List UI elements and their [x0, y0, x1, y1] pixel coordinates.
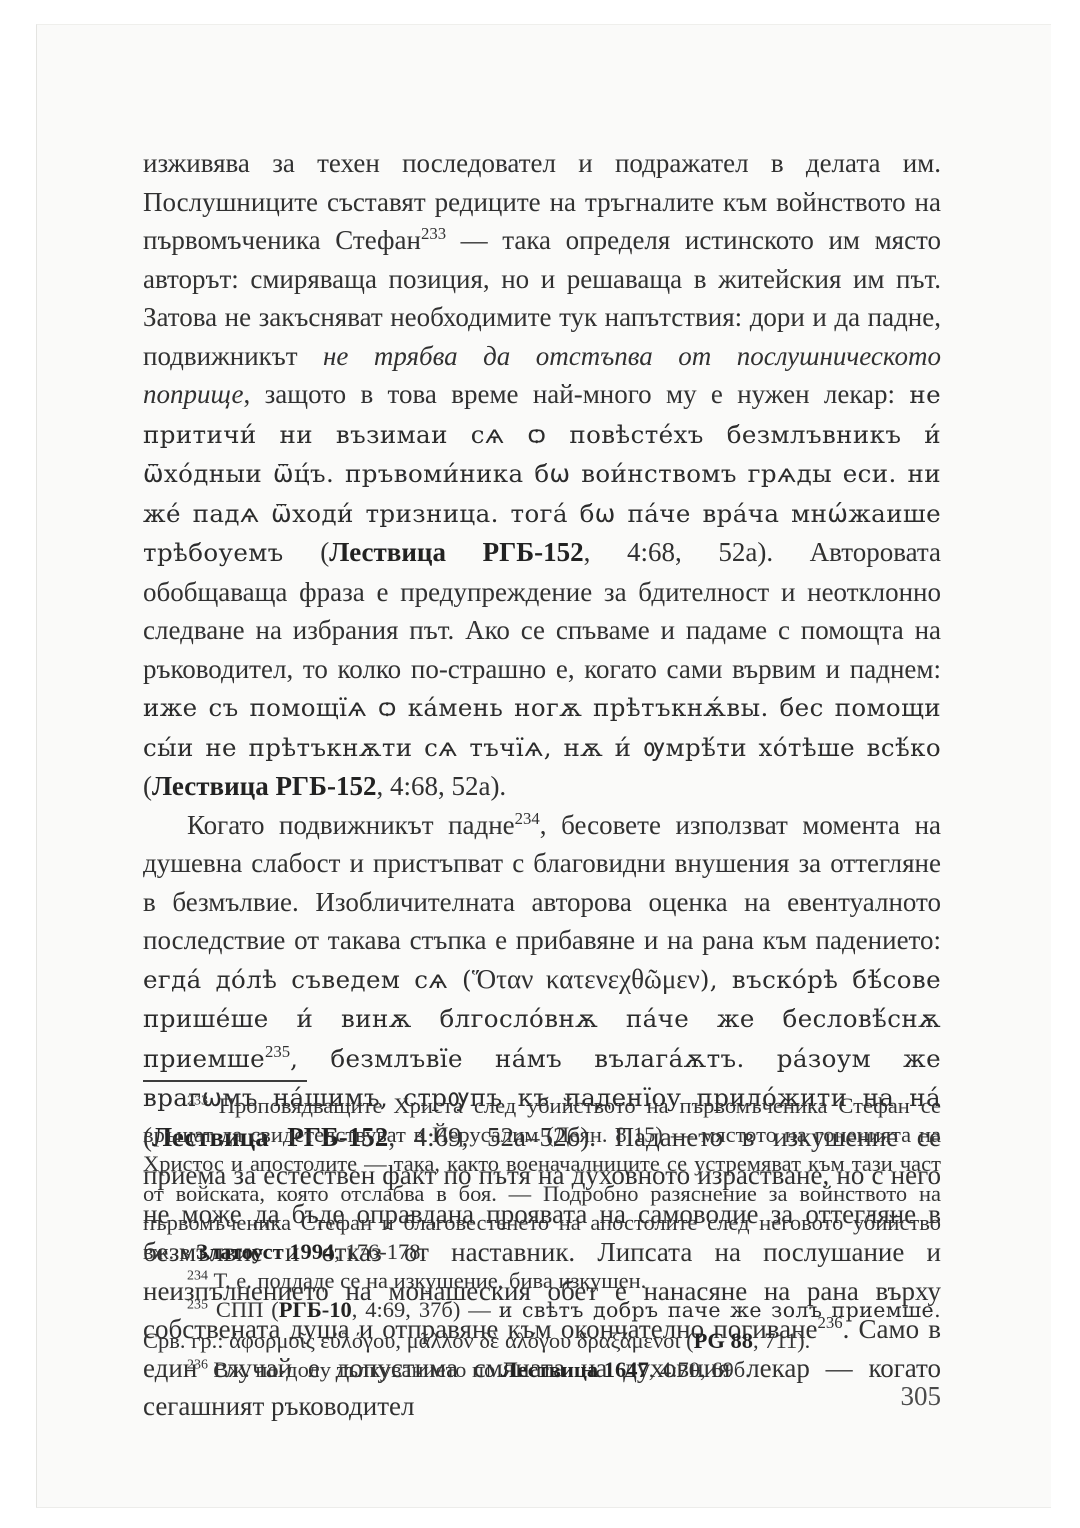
text-run: , 4:68, 52а).: [376, 771, 506, 801]
text-run: (: [143, 771, 152, 801]
footnotes-block: 233 Проповядващите Христа след убийствот…: [143, 1091, 941, 1384]
footnote-ref: 235: [265, 1042, 290, 1061]
footnote-marker: 235: [187, 1298, 208, 1313]
text-run: Т. е. поддаде се на изкушение, бива изку…: [208, 1268, 646, 1293]
footnote-marker: 236: [187, 1357, 208, 1372]
footnote-separator: [143, 1080, 307, 1082]
text-run: Ὅταν κατενεχθῶμεν: [472, 964, 700, 994]
footnote-marker: 233: [187, 1094, 208, 1109]
text-run: , 711).: [753, 1328, 810, 1353]
bold-citation: РГБ-10: [279, 1297, 352, 1322]
text-run: , 4:69, 37б) —: [352, 1297, 499, 1322]
footnote: 233 Проповядващите Христа след убийствот…: [143, 1091, 941, 1266]
church-slavonic-quote: иже съ помощїѧ ѻ ка́мень ногѫ прѣтъкнѫ́в…: [143, 693, 941, 762]
text-run: , 4:70, 69б.: [649, 1357, 751, 1382]
footnote-ref: 234: [515, 809, 540, 828]
bold-citation: Златоуст 1994: [196, 1239, 334, 1264]
text-run: Когато подвижникът падне: [187, 810, 515, 840]
bold-citation: Лествица 1647: [501, 1357, 649, 1382]
bold-citation: Лествица РГБ-152: [152, 771, 376, 801]
text-run: СПП (: [208, 1297, 279, 1322]
church-slavonic-quote: егда́ до́лѣ съведем сѧ (: [143, 965, 472, 994]
footnote: 236 Вж. по-долу тълкуванието по Лествица…: [143, 1355, 941, 1384]
text-run: , защото в това време най-много му е нуж…: [244, 379, 910, 409]
text-run: , 176-178.: [334, 1239, 426, 1264]
scanned-book-page: изживява за техен последовател и подража…: [0, 0, 1080, 1528]
footnote: 234 Т. е. поддаде се на изкушение, бива …: [143, 1266, 941, 1295]
bold-citation: Лествица РГБ-152: [329, 537, 583, 567]
church-slavonic-quote: и свѣтъ добръ паче же золъ приемше.: [499, 1298, 941, 1322]
footnote: 235 СПП (РГБ-10, 4:69, 37б) — и свѣтъ до…: [143, 1295, 941, 1354]
body-paragraph: изживява за техен последовател и подража…: [143, 144, 941, 806]
text-run: (: [284, 537, 330, 567]
footnote-ref: 233: [421, 224, 446, 243]
text-run: Вж. по-долу тълкуванието по: [208, 1357, 501, 1382]
page-number: 305: [143, 1381, 941, 1412]
text-run: Срв. гр.: ἀφορμοῖς εὐλόγου, μᾶλλον δὲ ἀλ…: [143, 1328, 694, 1353]
bold-citation: PG 88: [694, 1328, 753, 1353]
footnote-marker: 234: [187, 1269, 208, 1284]
